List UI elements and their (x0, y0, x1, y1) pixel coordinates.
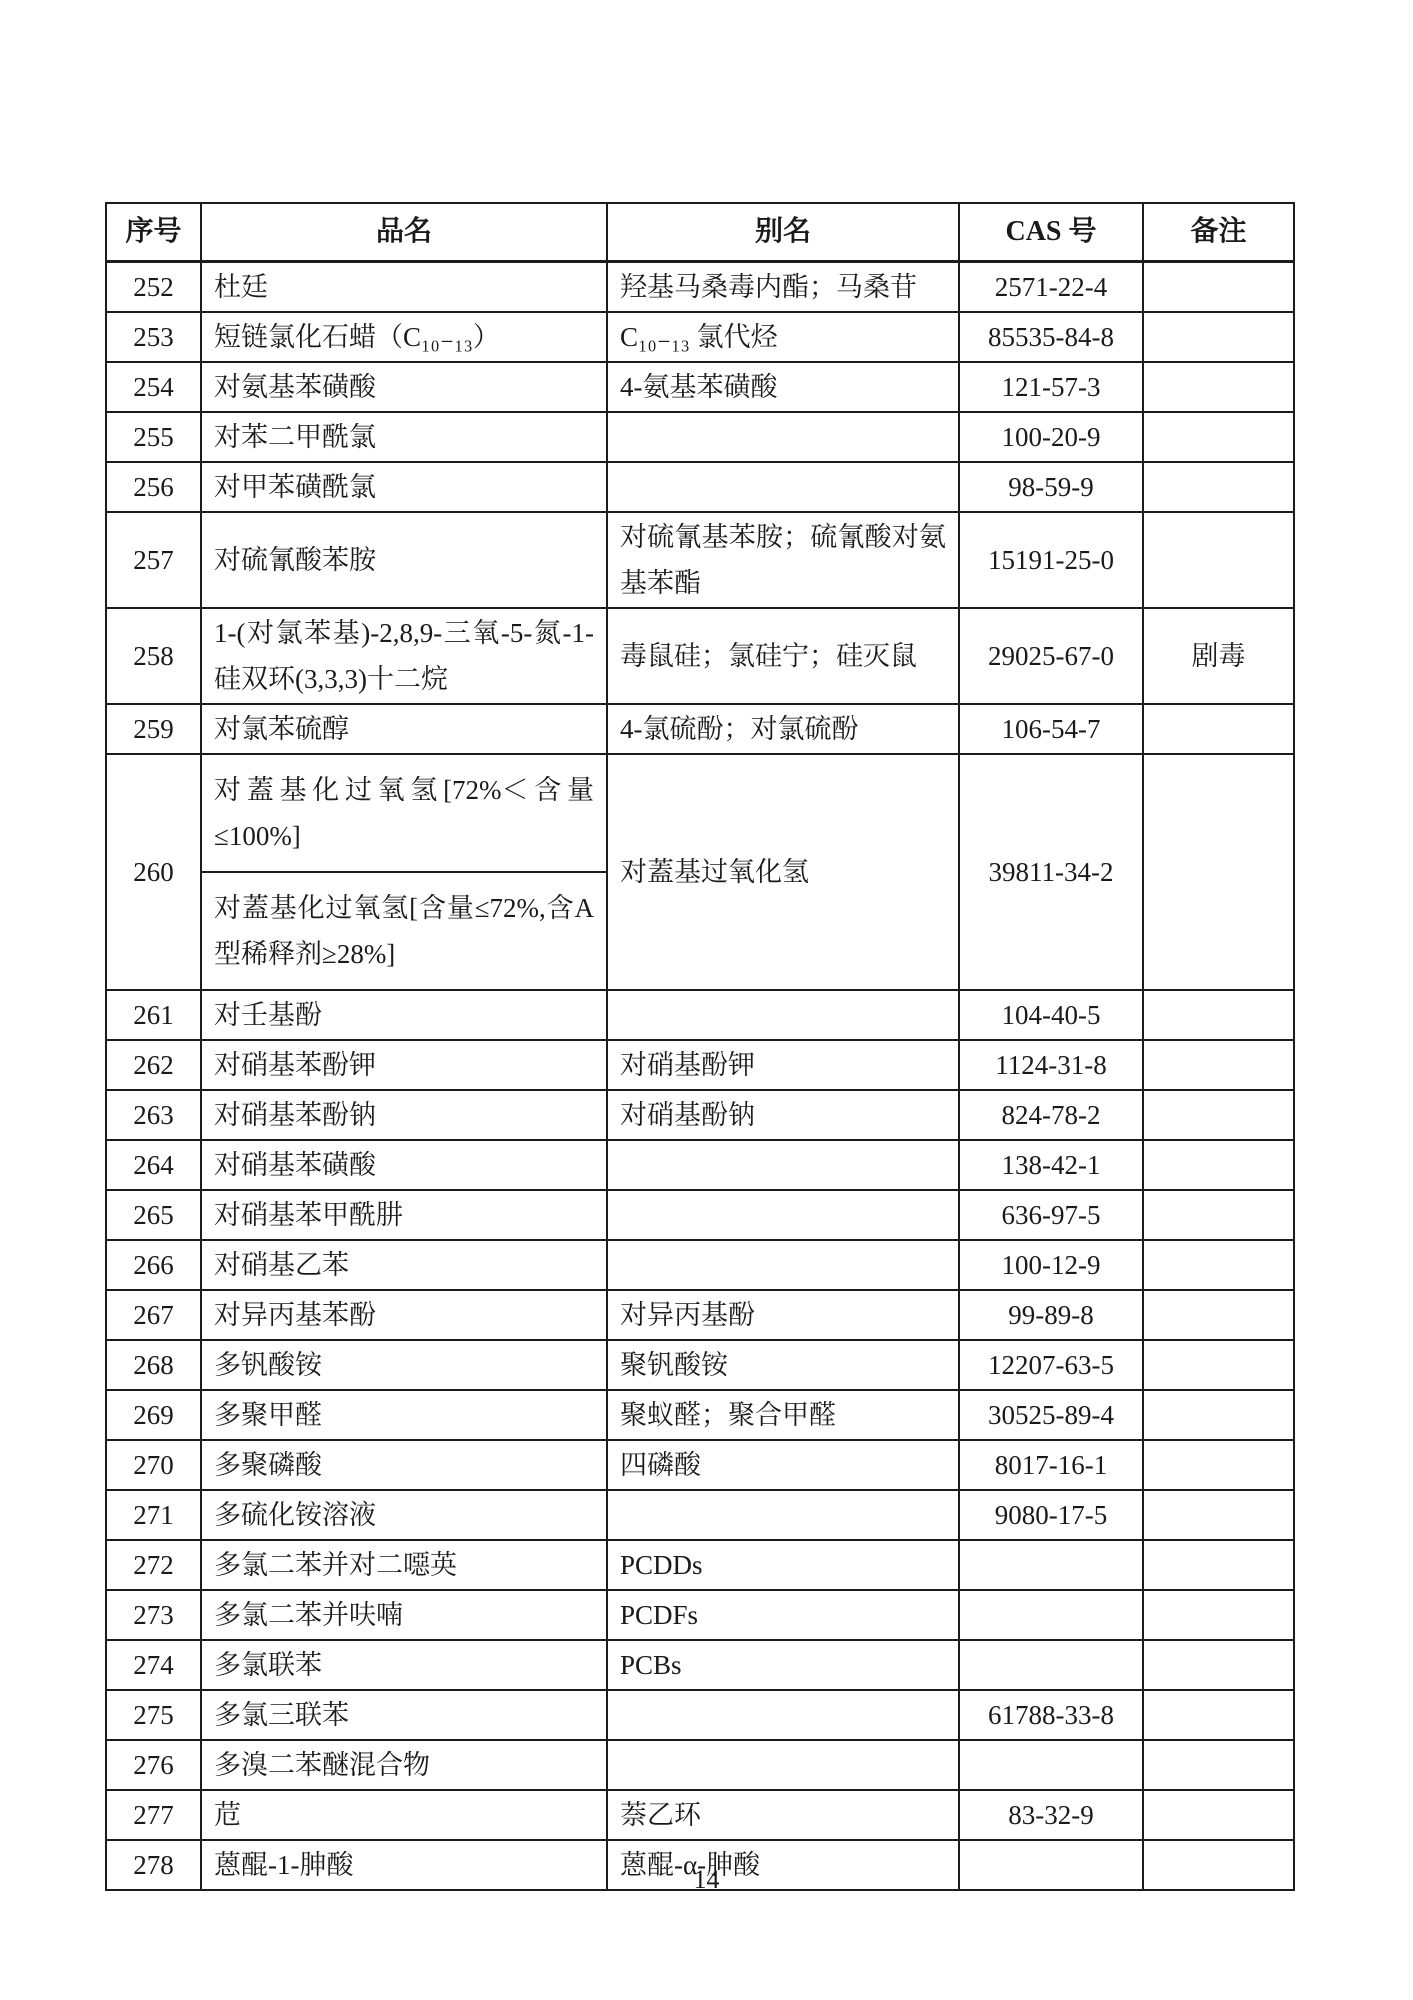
cell-name: 对苯二甲酰氯 (201, 412, 607, 462)
cell-cas: 104-40-5 (959, 990, 1143, 1040)
cell-cas: 98-59-9 (959, 462, 1143, 512)
cell-note (1143, 1590, 1294, 1640)
cell-alias: 4-氯硫酚；对氯硫酚 (607, 704, 959, 754)
table-row: 252 杜廷 羟基马桑毒内酯；马桑苷 2571-22-4 (106, 262, 1294, 313)
cell-serial: 274 (106, 1640, 201, 1690)
cell-serial: 253 (106, 312, 201, 362)
cell-cas: 15191-25-0 (959, 512, 1143, 608)
cell-cas: 824-78-2 (959, 1090, 1143, 1140)
cell-note (1143, 1190, 1294, 1240)
cell-cas: 12207-63-5 (959, 1340, 1143, 1390)
cell-cas: 121-57-3 (959, 362, 1143, 412)
cell-name: 对硫氰酸苯胺 (201, 512, 607, 608)
cell-note (1143, 1640, 1294, 1690)
table-row: 262 对硝基苯酚钾 对硝基酚钾 1124-31-8 (106, 1040, 1294, 1090)
cell-name: 多聚磷酸 (201, 1440, 607, 1490)
cell-cas (959, 1540, 1143, 1590)
cell-name: 多硫化铵溶液 (201, 1490, 607, 1540)
cell-note (1143, 512, 1294, 608)
cell-serial: 263 (106, 1090, 201, 1140)
header-alias: 别名 (607, 203, 959, 262)
cell-name: 多溴二苯醚混合物 (201, 1740, 607, 1790)
table-row: 263 对硝基苯酚钠 对硝基酚钠 824-78-2 (106, 1090, 1294, 1140)
cell-alias: 萘乙环 (607, 1790, 959, 1840)
cell-name: 多氯二苯并对二噁英 (201, 1540, 607, 1590)
table-row: 261 对壬基酚 104-40-5 (106, 990, 1294, 1040)
cell-cas: 99-89-8 (959, 1290, 1143, 1340)
cell-name: 对硝基乙苯 (201, 1240, 607, 1290)
cell-note (1143, 262, 1294, 313)
cell-note (1143, 1740, 1294, 1790)
cell-serial: 255 (106, 412, 201, 462)
cell-serial: 254 (106, 362, 201, 412)
cell-name: 杜廷 (201, 262, 607, 313)
table-row: 270 多聚磷酸 四磷酸 8017-16-1 (106, 1440, 1294, 1490)
header-cas: CAS 号 (959, 203, 1143, 262)
cell-note (1143, 1290, 1294, 1340)
cell-note (1143, 362, 1294, 412)
table-row: 256 对甲苯磺酰氯 98-59-9 (106, 462, 1294, 512)
cell-serial: 269 (106, 1390, 201, 1440)
cell-cas (959, 1590, 1143, 1640)
table-row: 257 对硫氰酸苯胺 对硫氰基苯胺；硫氰酸对氨基苯酯 15191-25-0 (106, 512, 1294, 608)
table-row: 259 对氯苯硫醇 4-氯硫酚；对氯硫酚 106-54-7 (106, 704, 1294, 754)
cell-alias (607, 990, 959, 1040)
cell-name: 对硝基苯甲酰肼 (201, 1190, 607, 1240)
cell-name: 多氯联苯 (201, 1640, 607, 1690)
cell-serial: 277 (106, 1790, 201, 1840)
cell-cas: 100-12-9 (959, 1240, 1143, 1290)
cell-note (1143, 1140, 1294, 1190)
cell-cas: 39811-34-2 (959, 754, 1143, 990)
cell-serial: 273 (106, 1590, 201, 1640)
cell-alias: C₁₀₋₁₃ 氯代烃 (607, 312, 959, 362)
cell-cas (959, 1640, 1143, 1690)
table-header-row: 序号 品名 别名 CAS 号 备注 (106, 203, 1294, 262)
cell-cas: 100-20-9 (959, 412, 1143, 462)
table-row: 260 对蓋基化过氧氢[72%＜含量≤100%]对蓋基化过氧氢[含量≤72%,含… (106, 754, 1294, 990)
cell-alias (607, 1740, 959, 1790)
cell-cas: 83-32-9 (959, 1790, 1143, 1840)
cell-alias: 对异丙基酚 (607, 1290, 959, 1340)
cell-serial: 267 (106, 1290, 201, 1340)
table-row: 264 对硝基苯磺酸 138-42-1 (106, 1140, 1294, 1190)
cell-alias (607, 1140, 959, 1190)
cell-alias: 聚钒酸铵 (607, 1340, 959, 1390)
cell-note (1143, 1690, 1294, 1740)
cell-name: 对甲苯磺酰氯 (201, 462, 607, 512)
table-body: 252 杜廷 羟基马桑毒内酯；马桑苷 2571-22-4 253 短链氯化石蜡（… (106, 262, 1294, 1891)
cell-name: 对氯苯硫醇 (201, 704, 607, 754)
cell-note (1143, 1090, 1294, 1140)
cell-note (1143, 704, 1294, 754)
cell-note (1143, 1490, 1294, 1540)
cell-alias: 羟基马桑毒内酯；马桑苷 (607, 262, 959, 313)
table-row: 255 对苯二甲酰氯 100-20-9 (106, 412, 1294, 462)
cell-alias (607, 1240, 959, 1290)
cell-note (1143, 990, 1294, 1040)
table-row: 272 多氯二苯并对二噁英 PCDDs (106, 1540, 1294, 1590)
cell-name: 多氯三联苯 (201, 1690, 607, 1740)
table-row: 275 多氯三联苯 61788-33-8 (106, 1690, 1294, 1740)
cell-alias (607, 462, 959, 512)
cell-cas (959, 1740, 1143, 1790)
cell-alias: 对硝基酚钠 (607, 1090, 959, 1140)
table-row: 273 多氯二苯并呋喃 PCDFs (106, 1590, 1294, 1640)
chemicals-table: 序号 品名 别名 CAS 号 备注 252 杜廷 羟基马桑毒内酯；马桑苷 257… (105, 202, 1295, 1891)
cell-cas: 636-97-5 (959, 1190, 1143, 1240)
cell-alias (607, 1490, 959, 1540)
cell-alias: 聚蚁醛；聚合甲醛 (607, 1390, 959, 1440)
cell-serial: 259 (106, 704, 201, 754)
name-subcell: 对蓋基化过氧氢[72%＜含量≤100%] (202, 755, 606, 871)
table-row: 271 多硫化铵溶液 9080-17-5 (106, 1490, 1294, 1540)
cell-name: 短链氯化石蜡（C₁₀₋₁₃） (201, 312, 607, 362)
table-row: 268 多钒酸铵 聚钒酸铵 12207-63-5 (106, 1340, 1294, 1390)
cell-alias (607, 1690, 959, 1740)
cell-serial: 275 (106, 1690, 201, 1740)
table-row: 277 苊 萘乙环 83-32-9 (106, 1790, 1294, 1840)
cell-note (1143, 1340, 1294, 1390)
cell-serial: 266 (106, 1240, 201, 1290)
cell-note (1143, 1240, 1294, 1290)
cell-name: 对硝基苯酚钾 (201, 1040, 607, 1090)
cell-name: 苊 (201, 1790, 607, 1840)
cell-cas: 61788-33-8 (959, 1690, 1143, 1740)
cell-note (1143, 1790, 1294, 1840)
cell-cas: 8017-16-1 (959, 1440, 1143, 1490)
table-row: 276 多溴二苯醚混合物 (106, 1740, 1294, 1790)
cell-cas: 106-54-7 (959, 704, 1143, 754)
cell-serial: 276 (106, 1740, 201, 1790)
cell-name: 对硝基苯磺酸 (201, 1140, 607, 1190)
cell-alias: 对硫氰基苯胺；硫氰酸对氨基苯酯 (607, 512, 959, 608)
table-row: 274 多氯联苯 PCBs (106, 1640, 1294, 1690)
cell-note (1143, 1040, 1294, 1090)
cell-note (1143, 462, 1294, 512)
cell-name: 多聚甲醛 (201, 1390, 607, 1440)
cell-note: 剧毒 (1143, 608, 1294, 704)
table-row: 266 对硝基乙苯 100-12-9 (106, 1240, 1294, 1290)
name-subcell: 对蓋基化过氧氢[含量≤72%,含A型稀释剂≥28%] (202, 871, 606, 989)
cell-cas: 29025-67-0 (959, 608, 1143, 704)
page-number: 14 (0, 1862, 1413, 1898)
cell-name: 对硝基苯酚钠 (201, 1090, 607, 1140)
cell-cas: 85535-84-8 (959, 312, 1143, 362)
cell-serial: 258 (106, 608, 201, 704)
table-row: 269 多聚甲醛 聚蚁醛；聚合甲醛 30525-89-4 (106, 1390, 1294, 1440)
cell-alias: 四磷酸 (607, 1440, 959, 1490)
cell-note (1143, 412, 1294, 462)
cell-alias (607, 1190, 959, 1240)
table-row: 253 短链氯化石蜡（C₁₀₋₁₃） C₁₀₋₁₃ 氯代烃 85535-84-8 (106, 312, 1294, 362)
cell-serial: 262 (106, 1040, 201, 1090)
table-row: 267 对异丙基苯酚 对异丙基酚 99-89-8 (106, 1290, 1294, 1340)
cell-alias: PCDFs (607, 1590, 959, 1640)
header-note: 备注 (1143, 203, 1294, 262)
table-row: 265 对硝基苯甲酰肼 636-97-5 (106, 1190, 1294, 1240)
cell-serial: 256 (106, 462, 201, 512)
cell-name: 对氨基苯磺酸 (201, 362, 607, 412)
cell-name: 多钒酸铵 (201, 1340, 607, 1390)
cell-name: 对异丙基苯酚 (201, 1290, 607, 1340)
table-row: 254 对氨基苯磺酸 4-氨基苯磺酸 121-57-3 (106, 362, 1294, 412)
cell-note (1143, 754, 1294, 990)
cell-name: 对壬基酚 (201, 990, 607, 1040)
cell-serial: 265 (106, 1190, 201, 1240)
cell-name: 多氯二苯并呋喃 (201, 1590, 607, 1640)
table-row: 258 1-(对氯苯基)-2,8,9-三氧-5-氮-1-硅双环(3,3,3)十二… (106, 608, 1294, 704)
cell-note (1143, 312, 1294, 362)
cell-note (1143, 1390, 1294, 1440)
cell-cas: 2571-22-4 (959, 262, 1143, 313)
cell-alias: 毒鼠硅；氯硅宁；硅灭鼠 (607, 608, 959, 704)
cell-cas: 30525-89-4 (959, 1390, 1143, 1440)
cell-cas: 138-42-1 (959, 1140, 1143, 1190)
header-name: 品名 (201, 203, 607, 262)
cell-serial: 271 (106, 1490, 201, 1540)
cell-serial: 272 (106, 1540, 201, 1590)
cell-serial: 264 (106, 1140, 201, 1190)
cell-alias: 4-氨基苯磺酸 (607, 362, 959, 412)
cell-name: 1-(对氯苯基)-2,8,9-三氧-5-氮-1-硅双环(3,3,3)十二烷 (201, 608, 607, 704)
cell-serial: 270 (106, 1440, 201, 1490)
cell-cas: 9080-17-5 (959, 1490, 1143, 1540)
cell-note (1143, 1540, 1294, 1590)
cell-serial: 268 (106, 1340, 201, 1390)
cell-serial: 257 (106, 512, 201, 608)
header-serial: 序号 (106, 203, 201, 262)
cell-alias: PCDDs (607, 1540, 959, 1590)
cell-note (1143, 1440, 1294, 1490)
cell-cas: 1124-31-8 (959, 1040, 1143, 1090)
cell-name: 对蓋基化过氧氢[72%＜含量≤100%]对蓋基化过氧氢[含量≤72%,含A型稀释… (201, 754, 607, 990)
cell-alias (607, 412, 959, 462)
cell-alias: 对硝基酚钾 (607, 1040, 959, 1090)
cell-serial: 260 (106, 754, 201, 990)
cell-alias: 对蓋基过氧化氢 (607, 754, 959, 990)
cell-alias: PCBs (607, 1640, 959, 1690)
cell-serial: 261 (106, 990, 201, 1040)
cell-serial: 252 (106, 262, 201, 313)
